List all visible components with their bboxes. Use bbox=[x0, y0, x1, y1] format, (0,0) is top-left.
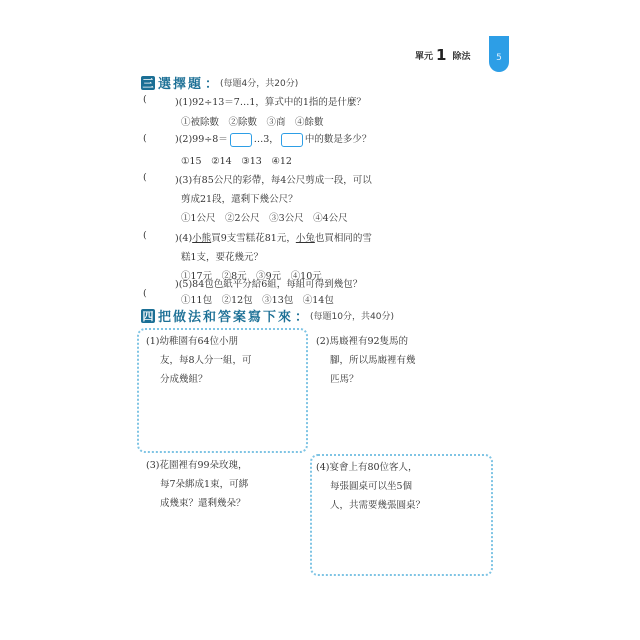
page-number: 5 bbox=[496, 53, 502, 63]
section-colon: ： bbox=[295, 306, 308, 325]
problem-4-line-1: (4)宴會上有80位客人， bbox=[316, 458, 425, 477]
problem-2-line-2: 腳，所以馬廄裡有幾 bbox=[316, 351, 416, 370]
problem-1-line-1: (1)幼稚園有64位小朋 bbox=[146, 332, 252, 351]
name-xiaotu: 小兔 bbox=[296, 233, 315, 244]
problem-1-line-3: 分成幾組？ bbox=[146, 370, 252, 389]
question-2: ( bbox=[143, 133, 147, 144]
question-3-text: )(3)有85公尺的彩帶，每4公尺剪成一段，可以 bbox=[175, 172, 372, 186]
problem-2-line-1: (2)馬廄裡有92隻馬的 bbox=[316, 332, 416, 351]
question-3: ( bbox=[143, 172, 147, 183]
problem-4-line-2: 每張圓桌可以坐5個 bbox=[316, 477, 425, 496]
section-score: (每題10分，共40分) bbox=[310, 309, 394, 322]
question-2-text-a: )(2)99÷8＝ bbox=[175, 134, 228, 145]
chapter-title: 除法 bbox=[452, 49, 470, 62]
problem-3-line-1: (3)花園裡有99朵玫瑰， bbox=[146, 456, 248, 475]
question-4-mid: 買9支雪糕花81元， bbox=[211, 233, 296, 244]
question-5: ( bbox=[143, 288, 147, 299]
question-4-prefix: )(4) bbox=[175, 233, 192, 244]
section-number-icon: 三 bbox=[141, 76, 155, 90]
section-colon: ： bbox=[205, 73, 218, 92]
question-2-text: )(2)99÷8＝…3，中的數是多少？ bbox=[175, 131, 371, 147]
worksheet-page: 單元 1 除法 5 三 選擇題 ： (每題4分，共20分) ( )(1)92÷1… bbox=[0, 0, 640, 640]
section-title-text: 選擇題 bbox=[158, 73, 203, 92]
unit-number: 1 bbox=[436, 46, 446, 64]
section-score: (每題4分，共20分) bbox=[220, 76, 298, 89]
section-number-icon: 四 bbox=[141, 309, 155, 323]
answer-paren[interactable]: ( bbox=[143, 288, 147, 299]
problem-2-line-3: 匹馬？ bbox=[316, 370, 416, 389]
question-4: ( bbox=[143, 230, 147, 241]
question-4-text: )(4)小熊買9支雪糕花81元，小兔也買相同的雪 bbox=[175, 230, 372, 244]
name-xiaoxiong: 小熊 bbox=[192, 233, 211, 244]
question-1-text: )(1)92÷13＝7…1，算式中的1指的是什麼？ bbox=[175, 94, 366, 108]
problem-3-line-3: 成幾束？還剩幾朵？ bbox=[146, 494, 248, 513]
problem-4: (4)宴會上有80位客人， 每張圓桌可以坐5個 人，共需要幾張圓桌？ bbox=[316, 458, 425, 515]
question-5-text: )(5)84包色紙平分給6組，每組可得到幾包？ bbox=[175, 276, 362, 290]
page-header: 單元 1 除法 bbox=[415, 46, 476, 64]
problem-2: (2)馬廄裡有92隻馬的 腳，所以馬廄裡有幾 匹馬？ bbox=[316, 332, 416, 389]
question-3-options: ①1公尺 ②2公尺 ③3公尺 ④4公尺 bbox=[181, 210, 348, 224]
question-2-text-c: 中的數是多少？ bbox=[305, 134, 372, 145]
question-5-options: ①11包 ②12包 ③13包 ④14包 bbox=[181, 292, 334, 306]
question-4-end: 也買相同的雪 bbox=[315, 233, 372, 244]
answer-paren[interactable]: ( bbox=[143, 230, 147, 241]
unit-label: 單元 bbox=[415, 49, 433, 62]
problem-3: (3)花園裡有99朵玫瑰， 每7朵綁成1束，可綁 成幾束？還剩幾朵？ bbox=[146, 456, 248, 513]
answer-paren[interactable]: ( bbox=[143, 94, 147, 105]
question-1-options: ①被除數 ②除數 ③商 ④餘數 bbox=[181, 114, 324, 128]
problem-1: (1)幼稚園有64位小朋 友，每8人分一組，可 分成幾組？ bbox=[146, 332, 252, 389]
page-number-tab: 5 bbox=[489, 36, 509, 72]
section-multiple-choice-title: 三 選擇題 ： (每題4分，共20分) bbox=[141, 73, 298, 92]
problem-3-line-2: 每7朵綁成1束，可綁 bbox=[146, 475, 248, 494]
blank-box[interactable] bbox=[281, 133, 303, 147]
answer-paren[interactable]: ( bbox=[143, 133, 147, 144]
question-2-options: ①15 ②14 ③13 ④12 bbox=[181, 153, 292, 167]
question-2-text-b: …3， bbox=[254, 134, 279, 145]
question-4-text-2: 糕1支，要花幾元？ bbox=[181, 249, 263, 263]
section-written-answer-title: 四 把做法和答案寫下來 ： (每題10分，共40分) bbox=[141, 306, 394, 325]
answer-paren[interactable]: ( bbox=[143, 172, 147, 183]
problem-1-line-2: 友，每8人分一組，可 bbox=[146, 351, 252, 370]
question-3-text-2: 剪成21段，還剩下幾公尺？ bbox=[181, 191, 298, 205]
problem-4-line-3: 人，共需要幾張圓桌？ bbox=[316, 496, 425, 515]
section-title-text: 把做法和答案寫下來 bbox=[158, 306, 293, 325]
question-1: ( bbox=[143, 94, 147, 105]
blank-box[interactable] bbox=[230, 133, 252, 147]
